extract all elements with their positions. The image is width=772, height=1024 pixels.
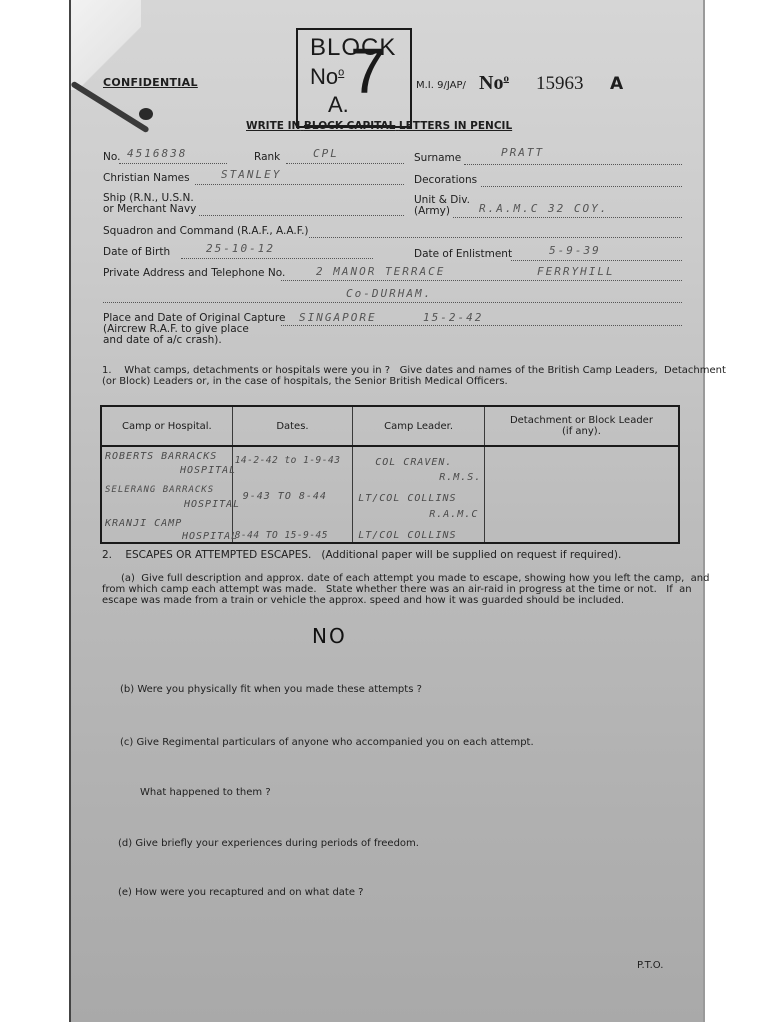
question-2b: (b) Were you physically fit when you mad… [120,684,422,695]
row-2-camp-1: SELERANG BARRACKS [105,485,214,495]
row-1-leader-1: COL CRAVEN. [375,457,452,468]
capture-date[interactable]: 15-2-42 [423,311,483,324]
row-2-leader-1: LT/COL COLLINS [358,493,456,504]
stamp-block-number: 7 [350,34,386,108]
number-value[interactable]: 4516838 [127,147,187,160]
row-2-dates: 9-43 TO 8-44 [243,491,327,502]
question-2-heading: 2. ESCAPES OR ATTEMPTED ESCAPES. (Additi… [102,550,621,561]
capture-label-3: and date of a/c crash). [103,334,222,346]
dob-label: Date of Birth [103,246,170,258]
camp-cell[interactable]: ROBERTS BARRACKS HOSPITAL SELERANG BARRA… [101,446,232,543]
col-block-leader-header: Detachment or Block Leader (if any). [484,406,679,446]
decorations-line [481,186,682,187]
col-camp-header: Camp or Hospital. [101,406,232,446]
dob-value[interactable]: 25-10-12 [206,242,275,255]
surname-value[interactable]: PRATT [501,146,544,159]
question-2c: (c) Give Regimental particulars of anyon… [120,737,534,748]
block-leader-cell[interactable] [484,446,679,543]
camps-table-header: Camp or Hospital. Dates. Camp Leader. De… [101,406,679,446]
instruction-suffix: LETTERS IN PENCIL [399,120,512,132]
row-1-camp-2: HOSPITAL [180,465,236,476]
stamp-no-label: Noo [310,64,344,90]
row-1-camp-1: ROBERTS BARRACKS [105,451,217,462]
col-leader-header: Camp Leader. [353,406,485,446]
row-3-dates: 8-44 TO 15-9-45 [235,530,328,541]
form-page: CONFIDENTIAL BLOCK Noo 7 A. M.I. 9/JAP/ … [69,0,705,1022]
question-1-line-1: 1. What camps, detachments or hospitals … [102,365,726,376]
serial-suffix: A [610,74,623,94]
dob-line [181,258,373,259]
capture-place[interactable]: SINGAPORE [299,311,377,324]
leader-cell[interactable]: COL CRAVEN. R.M.S. LT/COL COLLINS R.A.M.… [353,446,485,543]
rank-line [286,163,404,164]
christian-names-label: Christian Names [103,172,190,184]
serial-no-label: Noo [479,72,509,95]
question-2a-line-3: escape was made from a train or vehicle … [102,595,624,606]
number-line [119,163,227,164]
rank-value[interactable]: CPL [313,147,339,160]
row-3-camp-1: KRANJI CAMP [105,518,182,529]
surname-label: Surname [414,152,461,164]
christian-names-line [195,184,404,185]
question-2a-answer[interactable]: NO [312,624,347,648]
row-1-leader-2: R.M.S. [439,472,481,483]
question-2a-line-2: from which camp each attempt was made. S… [102,584,692,595]
address-value-2[interactable]: Co-DURHAM. [346,287,432,300]
squadron-line [309,237,682,238]
question-1-line-2: (or Block) Leaders or, in the case of ho… [102,376,508,387]
address-value-1[interactable]: 2 MANOR TERRACE [316,265,445,278]
decorations-label: Decorations [414,174,477,186]
serial-number: 15963 [536,73,584,95]
address-line-1 [281,280,682,281]
surname-line [464,164,682,165]
address-line-2 [103,302,682,303]
block-stamp: BLOCK Noo 7 A. [296,28,412,128]
row-3-leader-1: LT/COL COLLINS [358,530,456,541]
camps-table-body: ROBERTS BARRACKS HOSPITAL SELERANG BARRA… [101,446,679,543]
capture-line [281,325,682,326]
instruction-prefix: WRITE IN [246,120,300,132]
enlistment-value[interactable]: 5-9-39 [549,244,601,257]
ship-line [199,215,404,216]
question-2d: (d) Give briefly your experiences during… [118,838,419,849]
question-2c-followup: What happened to them ? [140,787,271,798]
pencil-instruction: WRITE IN BLOCK CAPITAL LETTERS IN PENCIL [246,120,512,132]
unit-line [453,217,682,218]
camps-table: Camp or Hospital. Dates. Camp Leader. De… [100,405,680,544]
unit-label-2: (Army) [414,205,450,217]
number-label: No. [103,151,120,163]
rank-label: Rank [254,151,280,163]
enlistment-label: Date of Enlistment [414,248,512,260]
instruction-struck: BLOCK CAPITAL [304,120,395,132]
stamp-no-text: No [310,64,338,89]
classification-label: CONFIDENTIAL [103,76,198,89]
question-2a-line-1: (a) Give full description and approx. da… [121,573,709,584]
form-code: M.I. 9/JAP/ [416,80,466,91]
dates-cell[interactable]: 14-2-42 to 1-9-43 9-43 TO 8-44 8-44 TO 1… [232,446,353,543]
christian-names-value[interactable]: STANLEY [221,168,281,181]
tag-knot [139,108,153,120]
question-2e: (e) How were you recaptured and on what … [118,887,364,898]
address-value-1b[interactable]: FERRYHILL [537,265,615,278]
row-3-camp-2: HOSPITAL [182,531,238,542]
row-2-leader-2: R.A.M.C [429,509,478,520]
please-turn-over: P.T.O. [637,960,663,971]
address-label: Private Address and Telephone No. [103,267,285,279]
col-dates-header: Dates. [232,406,353,446]
row-1-dates: 14-2-42 to 1-9-43 [235,455,341,466]
squadron-label: Squadron and Command (R.A.F., A.A.F.) [103,225,309,237]
ship-label-2: or Merchant Navy [103,203,196,215]
stamp-suffix: A. [328,92,349,118]
serial-no-text: No [479,72,503,94]
unit-value[interactable]: R.A.M.C 32 COY. [479,202,608,215]
enlistment-line [511,260,682,261]
